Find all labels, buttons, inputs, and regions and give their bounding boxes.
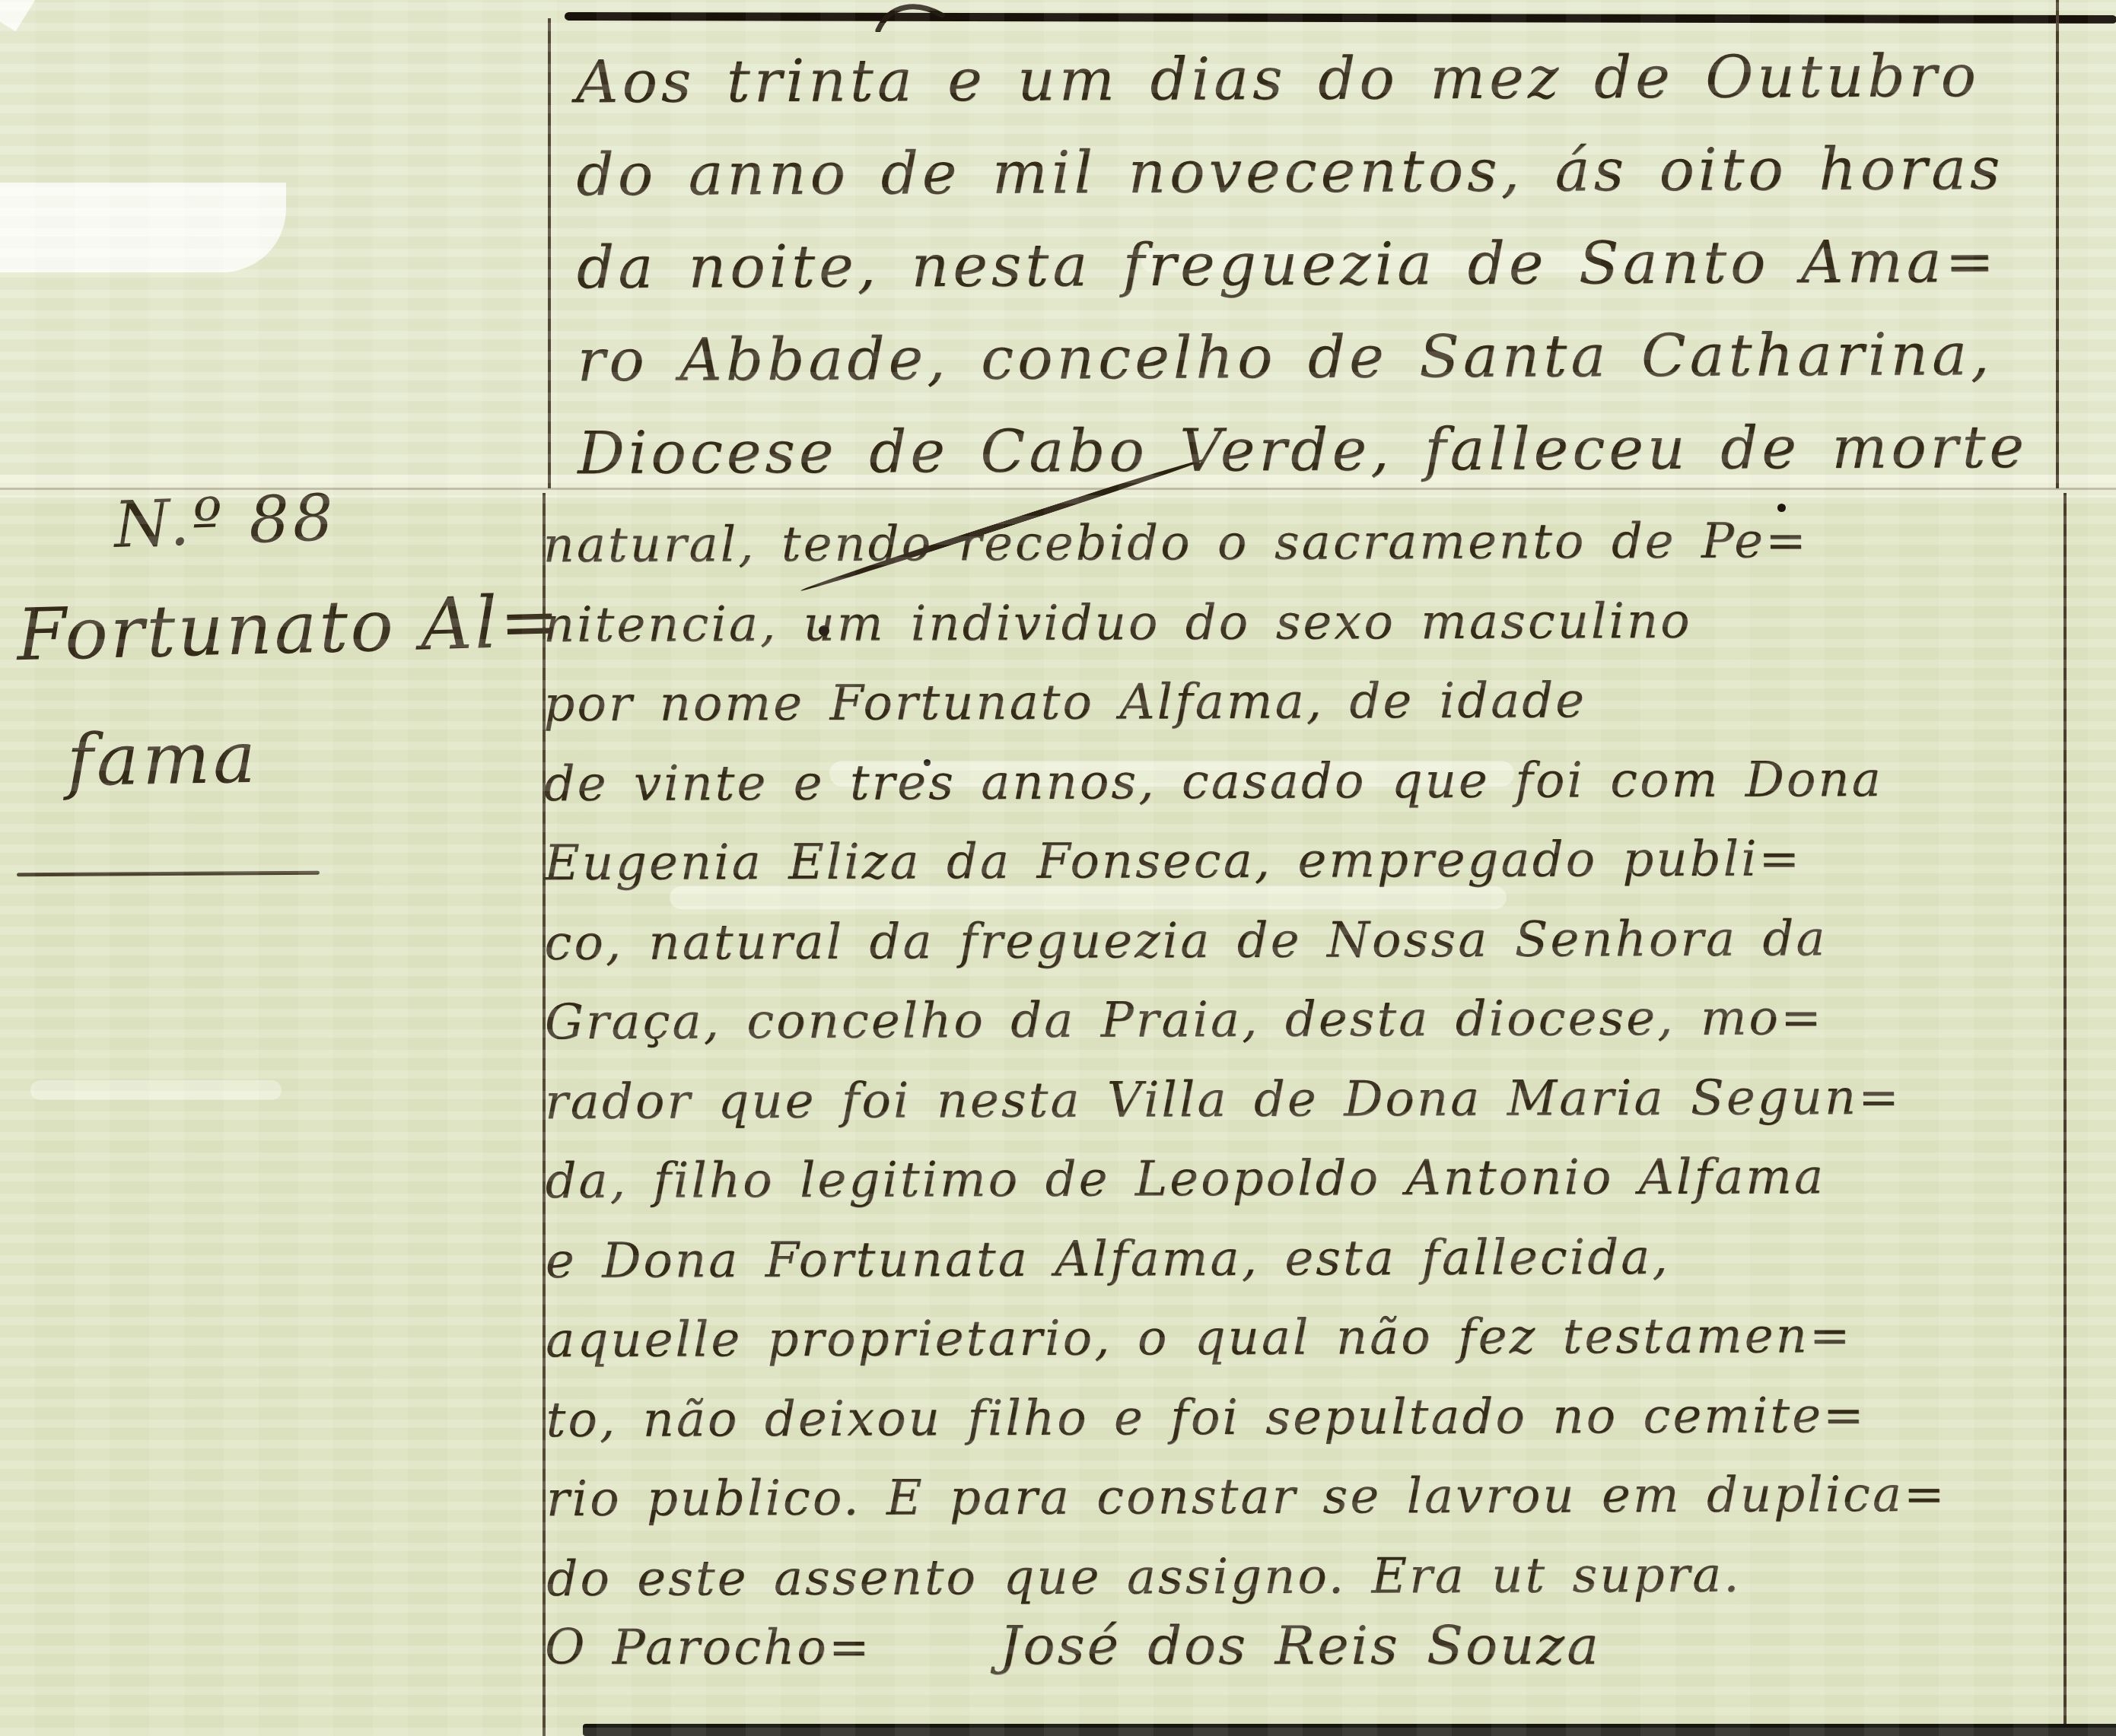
right-ruled-line-bottom bbox=[2063, 493, 2067, 1736]
left-ruled-line-top bbox=[548, 18, 551, 488]
margin-name-line1: Fortunato Al= bbox=[16, 580, 563, 678]
manuscript-line: da, filho legitimo de Leopoldo Antonio A… bbox=[545, 1137, 1946, 1222]
line-segment: o sacramento de Pe= bbox=[1192, 513, 1808, 571]
manuscript-line: de vinte e tres annos, casado que foi co… bbox=[544, 739, 1945, 824]
paper-streak bbox=[30, 1080, 282, 1100]
manuscript-line: Graça, concelho da Praia, desta diocese,… bbox=[545, 978, 1946, 1063]
manuscript-line: nitencia, um individuo do sexo masculino bbox=[543, 580, 1944, 665]
priest-signature: José dos Reis Souza bbox=[1000, 1614, 1601, 1677]
manuscript-line: da noite, nesta freguezia de Santo Ama= bbox=[577, 216, 2028, 315]
manuscript-line: rador que foi nesta Villa de Dona Maria … bbox=[545, 1057, 1946, 1142]
manuscript-line: Aos trinta e um dias do mez de Outubro bbox=[576, 30, 2027, 129]
white-corner-patch bbox=[0, 183, 286, 272]
cropped-stroke-arc bbox=[873, 0, 947, 32]
margin-name-line2: fama bbox=[66, 717, 259, 803]
bottom-scan-edge-band bbox=[583, 1724, 2116, 1736]
manuscript-line: do anno de mil novecentos, ás oito horas bbox=[576, 123, 2027, 222]
manuscript-line: ro Abbade, concelho de Santa Catharina, bbox=[577, 309, 2028, 408]
right-ruled-line-top bbox=[2056, 0, 2059, 488]
margin-underline-rule bbox=[17, 871, 320, 877]
text-block-top: Aos trinta e um dias do mez de Outubrodo… bbox=[576, 30, 2028, 501]
manuscript-line: e Dona Fortunata Alfama, esta fallecida, bbox=[546, 1216, 1946, 1301]
manuscript-line: to, não deixou filho e foi sepultado no … bbox=[546, 1375, 1946, 1460]
manuscript-line: Diocese de Cabo Verde, falleceu de morte bbox=[578, 402, 2028, 501]
record-number: N.º 88 bbox=[113, 480, 337, 562]
manuscript-line: por nome Fortunato Alfama, de idade bbox=[543, 660, 1944, 745]
manuscript-line: rio publico. E para constar se lavrou em… bbox=[546, 1455, 1947, 1540]
text-block-bottom: natural, tendo recebido o sacramento de … bbox=[543, 501, 1947, 1619]
manuscript-line: Eugenia Eliza da Fonseca, empregado publ… bbox=[544, 819, 1945, 904]
line-segment: natural, tendo bbox=[543, 516, 959, 574]
manuscript-line: aquelle proprietario, o qual não fez tes… bbox=[546, 1296, 1946, 1381]
ink-blot bbox=[819, 625, 829, 636]
manuscript-line: co, natural da freguezia de Nossa Senhor… bbox=[544, 898, 1945, 983]
ink-blot bbox=[1777, 504, 1786, 512]
scanned-document-page: N.º 88 Fortunato Al= fama Aos trinta e u… bbox=[0, 0, 2116, 1736]
ink-blot bbox=[924, 759, 931, 766]
parish-priest-label: O Parocho= bbox=[545, 1620, 872, 1676]
manuscript-line: do este assento que assigno. Era ut supr… bbox=[546, 1534, 1947, 1619]
manuscript-line: natural, tendo recebido o sacramento de … bbox=[543, 501, 1943, 586]
signature-line: O Parocho=José dos Reis Souza bbox=[545, 1614, 1601, 1677]
